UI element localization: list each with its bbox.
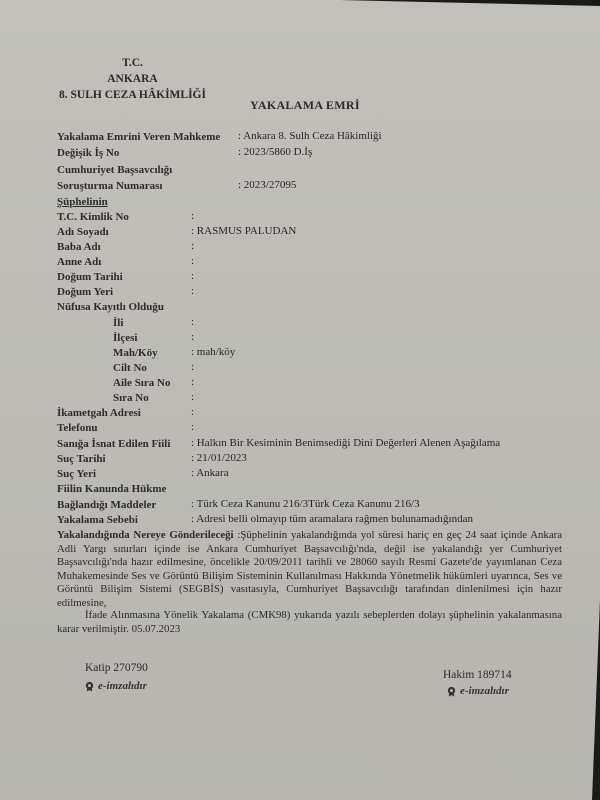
field-label-crime-date: Suç Tarihi xyxy=(57,452,106,466)
document-page: T.C. ANKARA 8. SULH CEZA HÂKİMLİĞİ YAKAL… xyxy=(0,0,600,800)
decision-paragraph: İfade Alınmasına Yönelik Yakalama (CMK98… xyxy=(57,609,562,636)
field-label-birth-date: Doğum Tarihi xyxy=(57,270,123,284)
field-label-legal-basis-2: Bağlandığı Maddeler xyxy=(57,498,156,512)
field-label-phone: Telefonu xyxy=(57,421,98,435)
field-value-mother-name: : xyxy=(191,255,194,267)
field-value-name: : RASMUS PALUDAN xyxy=(191,225,296,237)
field-value-birth-date: : xyxy=(191,270,194,282)
field-label-court: Yakalama Emrini Veren Mahkeme xyxy=(57,130,220,144)
judge-esign: e-imzalıdır xyxy=(446,685,509,697)
field-value-father-name: : xyxy=(191,240,194,252)
seal-icon xyxy=(446,686,457,697)
field-label-family-seq-no: Aile Sıra No xyxy=(113,376,170,390)
field-value-address: : xyxy=(191,406,194,418)
field-label-tc-id: T.C. Kimlik No xyxy=(57,210,129,224)
destination-paragraph: Yakalandığında Nereye Gönderileceği :Şüp… xyxy=(57,529,562,611)
header-tc: T.C. xyxy=(55,55,210,71)
field-value-tc-id: : xyxy=(191,210,194,222)
field-value-district: : xyxy=(191,331,194,343)
seal-icon xyxy=(84,681,95,692)
field-value-alleged-act: : Halkın Bir Kesiminin Benimsediği Dini … xyxy=(191,437,500,449)
field-label-volume-no: Cilt No xyxy=(113,361,147,375)
suspect-heading: Şüphelinin xyxy=(57,195,108,209)
field-label-prosecutor: Cumhuriyet Başsavcılığı xyxy=(57,163,172,177)
field-label-crime-place: Suç Yeri xyxy=(57,467,96,481)
field-value-volume-no: : xyxy=(191,361,194,373)
field-value-family-seq-no: : xyxy=(191,376,194,388)
judge-signature: Hakim 189714 xyxy=(443,669,512,681)
field-value-case-no: : 2023/5860 D.İş xyxy=(238,146,312,158)
field-value-neighborhood: : mah/köy xyxy=(191,346,235,358)
court-header: T.C. ANKARA 8. SULH CEZA HÂKİMLİĞİ xyxy=(55,55,210,103)
field-value-province: : xyxy=(191,316,194,328)
field-value-seq-no: : xyxy=(191,391,194,403)
clerk-esign: e-imzalıdır xyxy=(84,680,147,692)
field-value-arrest-reason: : Adresi belli olmayıp tüm aramalara rağ… xyxy=(191,513,473,525)
field-label-case-no: Değişik İş No xyxy=(57,146,119,160)
field-value-birth-place: : xyxy=(191,285,194,297)
field-label-investigation-no: Soruşturma Numarası xyxy=(57,179,162,193)
field-value-crime-date: : 21/01/2023 xyxy=(191,452,247,464)
header-court: 8. SULH CEZA HÂKİMLİĞİ xyxy=(55,87,210,103)
field-label-name: Adı Soyadı xyxy=(57,225,109,239)
clerk-esign-label: e-imzalıdır xyxy=(98,680,147,692)
field-value-crime-place: : Ankara xyxy=(191,467,229,479)
field-label-alleged-act: Sanığa İsnat Edilen Fiili xyxy=(57,437,170,451)
field-value-phone: : xyxy=(191,421,194,433)
document-title: YAKALAMA EMRİ xyxy=(250,98,360,113)
field-label-seq-no: Sıra No xyxy=(113,391,149,405)
destination-label: Yakalandığında Nereye Gönderileceği xyxy=(57,529,234,541)
field-value-court: : Ankara 8. Sulh Ceza Hâkimliği xyxy=(238,130,382,142)
field-value-legal-articles: : Türk Ceza Kanunu 216/3Türk Ceza Kanunu… xyxy=(191,498,420,510)
field-label-mother-name: Anne Adı xyxy=(57,255,101,269)
field-label-father-name: Baba Adı xyxy=(57,240,101,254)
judge-esign-label: e-imzalıdır xyxy=(460,685,509,697)
clerk-signature: Katip 270790 xyxy=(85,662,148,674)
field-value-investigation-no: : 2023/27095 xyxy=(238,179,296,191)
field-label-district: İlçesi xyxy=(113,331,137,345)
field-label-legal-basis-1: Fiilin Kanunda Hükme xyxy=(57,482,166,496)
field-label-birth-place: Doğum Yeri xyxy=(57,285,113,299)
header-city: ANKARA xyxy=(55,71,210,87)
registry-heading: Nüfusa Kayıtlı Olduğu xyxy=(57,300,164,314)
field-label-address: İkametgah Adresi xyxy=(57,406,141,420)
field-label-province: İli xyxy=(113,316,123,330)
field-label-neighborhood: Mah/Köy xyxy=(113,346,158,360)
field-label-arrest-reason: Yakalama Sebebi xyxy=(57,513,138,527)
